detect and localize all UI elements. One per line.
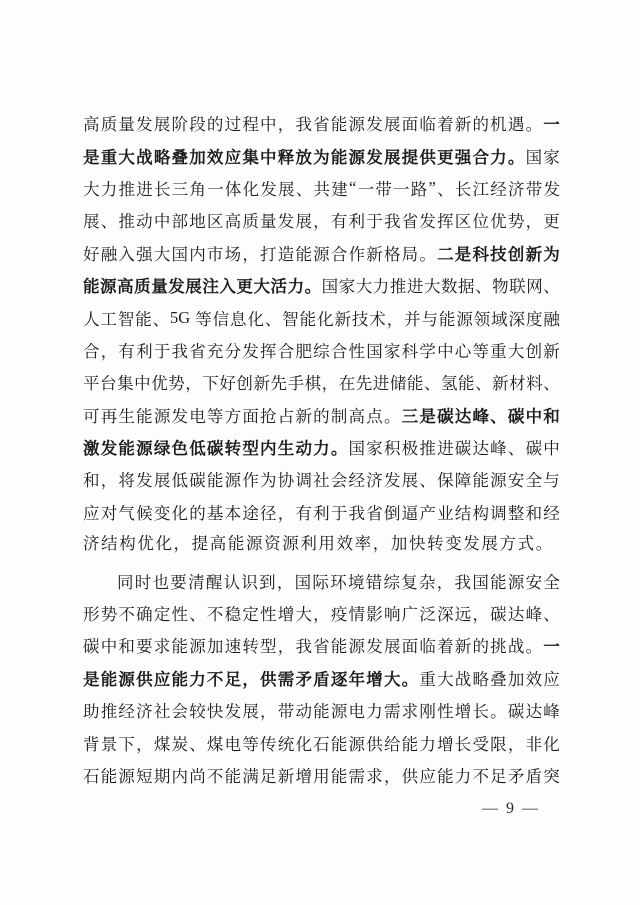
page-number: — 9 — xyxy=(482,800,540,817)
text-line: 高质量发展阶段的过程中，我省能源发展面临着新的机遇。一 xyxy=(83,107,560,139)
document-page: 高质量发展阶段的过程中，我省能源发展面临着新的机遇。一是重大战略叠加效应集中释放… xyxy=(83,107,560,791)
text-line: 背景下，煤炭、煤电等传统化石能源供给能力增长受限，非化 xyxy=(83,726,560,758)
text-line: 平台集中优势，下好创新先手棋，在先进储能、氢能、新材料、 xyxy=(83,366,560,398)
paragraph: 同时也要清醒认识到，国际环境错综复杂，我国能源安全形势不确定性、不稳定性增大，疫… xyxy=(83,564,560,791)
text-line: 形势不确定性、不稳定性增大，疫情影响广泛深远，碳达峰、 xyxy=(83,597,560,629)
text-line: 同时也要清醒认识到，国际环境错综复杂，我国能源安全 xyxy=(83,564,560,596)
page-footer: — 9 — xyxy=(482,800,540,818)
text-line: 和，将发展低碳能源作为协调社会经济发展、保障能源安全与 xyxy=(83,463,560,495)
text-line: 好融入强大国内市场，打造能源合作新格局。二是科技创新为 xyxy=(83,237,560,269)
text-line: 大力推进长三角一体化发展、共建“一带一路”、长江经济带发 xyxy=(83,172,560,204)
text-line: 展、推动中部地区高质量发展，有利于我省发挥区位优势，更 xyxy=(83,204,560,236)
text-line: 人工智能、5G 等信息化、智能化新技术，并与能源领域深度融 xyxy=(83,301,560,333)
text-line: 是重大战略叠加效应集中释放为能源发展提供更强合力。国家 xyxy=(83,139,560,171)
text-line: 能源高质量发展注入更大活力。国家大力推进大数据、物联网、 xyxy=(83,269,560,301)
text-line: 激发能源绿色低碳转型内生动力。国家积极推进碳达峰、碳中 xyxy=(83,431,560,463)
text-line: 应对气候变化的基本途径，有利于我省倒逼产业结构调整和经 xyxy=(83,496,560,528)
text-line: 可再生能源发电等方面抢占新的制高点。三是碳达峰、碳中和 xyxy=(83,399,560,431)
paragraph: 高质量发展阶段的过程中，我省能源发展面临着新的机遇。一是重大战略叠加效应集中释放… xyxy=(83,107,560,560)
text-line: 石能源短期内尚不能满足新增用能需求，供应能力不足矛盾突 xyxy=(83,759,560,791)
text-line: 是能源供应能力不足，供需矛盾逐年增大。重大战略叠加效应 xyxy=(83,662,560,694)
text-line: 碳中和要求能源加速转型，我省能源发展面临着新的挑战。一 xyxy=(83,629,560,661)
text-line: 济结构优化，提高能源资源利用效率，加快转变发展方式。 xyxy=(83,528,560,560)
text-line: 助推经济社会较快发展，带动能源电力需求刚性增长。碳达峰 xyxy=(83,694,560,726)
text-line: 合，有利于我省充分发挥合肥综合性国家科学中心等重大创新 xyxy=(83,334,560,366)
document-body: 高质量发展阶段的过程中，我省能源发展面临着新的机遇。一是重大战略叠加效应集中释放… xyxy=(83,107,560,791)
